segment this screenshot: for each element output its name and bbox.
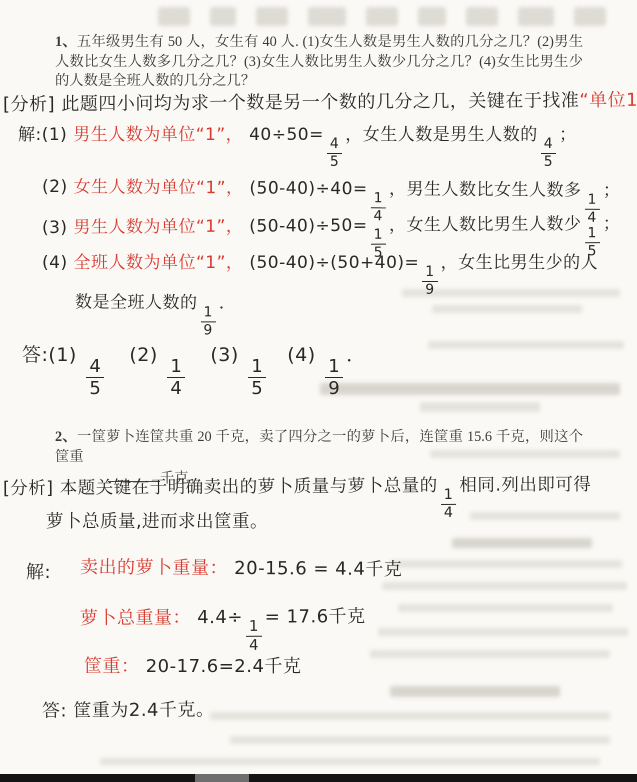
answer-1-line: 答:(1) 45(2) 14(3) 15(4) 19． [22, 340, 366, 398]
bleed-glyph [366, 7, 398, 26]
answer-label: 答: [22, 344, 48, 366]
equation: 4.4÷ [197, 607, 243, 628]
equation: = 17.6千克 [265, 606, 366, 628]
problem-1-number: 1、 [55, 34, 77, 50]
problem-2-number: 2、 [55, 429, 77, 445]
fraction: 14 [167, 358, 185, 398]
analysis-2-text: 萝卜总质量,进而求出筐重。 [46, 512, 268, 532]
item-index: (2) [129, 344, 157, 366]
answer-2-line: 答: 筐重为2.4千克。 [42, 695, 215, 722]
punctuation: ． [346, 344, 366, 366]
fraction: 14 [246, 620, 262, 654]
step-label: 萝卜总重量： [80, 607, 191, 629]
equation: 20-15.6 = 4.4千克 [234, 558, 402, 580]
step-label: 卖出的萝卜重量： [80, 557, 228, 579]
solution-2-line-1: 卖出的萝卜重量： 20-15.6 = 4.4千克 [80, 553, 403, 581]
item-index: (1) [48, 344, 76, 366]
item-index: (2) [42, 177, 68, 197]
equation: (50-40)÷40= [249, 178, 367, 199]
scanner-edge-segment [195, 774, 249, 782]
fraction: 15 [248, 358, 266, 398]
fraction: 19 [422, 266, 437, 298]
bleed-glyph [256, 7, 288, 26]
analysis-1-text: 此题四小问均为求一个数是另一个数的几分之几，关键在于找准 [61, 90, 579, 115]
conclusion: ，女生比男生少的人 [441, 253, 599, 273]
solution-2-line-2: 萝卜总重量： 4.4÷14= 17.6千克 [80, 602, 366, 655]
bleed-through-text [432, 305, 582, 313]
solution-2-label: 解: [26, 558, 51, 584]
conclusion: ，女生人数比男生人数少 [389, 214, 582, 235]
fraction: 45 [541, 138, 556, 170]
equation: (50-40)÷50= [249, 216, 367, 237]
analysis-2-text: 本题关键在于明确卖出的萝卜质量与萝卜总量的 [60, 476, 438, 499]
bleed-through-text [230, 736, 610, 744]
punctuation: ； [603, 181, 621, 201]
bleed-through-text [428, 341, 624, 349]
fraction: 19 [325, 358, 343, 398]
bleed-glyph [158, 7, 190, 26]
item-index: (4) [287, 344, 315, 366]
answer-2-text: 筐重为2.4千克。 [73, 699, 214, 721]
step-label: 筐重： [84, 656, 140, 677]
bleed-through-text [420, 402, 540, 412]
analysis-2-line-2: 萝卜总质量,进而求出筐重。 [46, 508, 268, 533]
punctuation: ； [603, 214, 621, 234]
conclusion: ，女生人数是男生人数的 [345, 125, 538, 145]
bleed-through-title [158, 3, 637, 29]
conclusion: ，男生人数比女生人数多 [389, 179, 582, 200]
solution-2-line-3: 筐重： 20-17.6=2.4千克 [84, 652, 301, 678]
fraction: 19 [200, 306, 216, 338]
bleed-through-text [210, 712, 610, 720]
analysis-1-line: [分析] 此题四小问均为求一个数是另一个数的几分之几，关键在于找准“单位1” [3, 86, 637, 117]
punctuation: ． [219, 293, 237, 313]
unit-statement: 男生人数为单位“1”， [73, 217, 243, 238]
item-index: (1) [42, 125, 68, 145]
fraction: 45 [327, 138, 342, 170]
problem-1-text: 1、五年级男生有 50 人，女生有 40 人. (1)女生人数是男生人数的几分之… [55, 33, 583, 92]
solution-1-line-4-cont: 数是全班人数的19． [75, 287, 237, 338]
fraction: 14 [441, 488, 457, 521]
bleed-through-text [390, 560, 622, 568]
bleed-glyph [518, 7, 554, 26]
problem-2-body: 一筐萝卜连筐共重 20 千克，卖了四分之一的萝卜后，连筐重 15.6 千克，则这… [55, 429, 583, 465]
unit-statement: 女生人数为单位“1”， [74, 177, 244, 198]
bleed-through-text [378, 628, 628, 636]
solution-label: 解: [18, 125, 42, 145]
item-index: (4) [42, 253, 68, 273]
equation: 40÷50= [249, 125, 324, 145]
bleed-glyph [308, 7, 346, 26]
solution-label: 解: [26, 562, 51, 583]
analysis-label: [分析] [3, 94, 55, 115]
equation: 20-17.6=2.4千克 [146, 656, 302, 677]
bleed-glyph [418, 7, 446, 26]
item-index: (3) [210, 344, 238, 366]
bleed-glyph [574, 7, 606, 26]
bleed-glyph [210, 7, 236, 26]
punctuation: ； [559, 125, 577, 145]
bleed-through-text [390, 686, 560, 697]
solution-1-line-1: 解:(1) 男生人数为单位“1”， 40÷50=45，女生人数是男生人数的45； [18, 120, 577, 170]
equation: (50-40)÷(50+40)= [249, 253, 419, 273]
bleed-through-text [100, 758, 600, 765]
scanned-worksheet-page: 1、五年级男生有 50 人，女生有 40 人. (1)女生人数是男生人数的几分之… [0, 0, 637, 782]
item-index: (3) [42, 218, 68, 238]
unit-statement: 全班人数为单位“1”， [74, 253, 244, 273]
answer-label: 答: [42, 700, 67, 721]
bleed-through-text [370, 650, 610, 658]
bleed-through-text [398, 604, 613, 612]
scanner-edge-bar [0, 774, 637, 782]
analysis-2-text: 相同.列出即可得 [459, 475, 591, 496]
bleed-through-text [382, 582, 627, 590]
conclusion: 数是全班人数的 [75, 292, 198, 313]
bleed-glyph [466, 7, 498, 26]
problem-1-body: 五年级男生有 50 人，女生有 40 人. (1)女生人数是男生人数的几分之几？… [55, 34, 583, 89]
analysis-label: [分析] [3, 479, 54, 499]
analysis-1-highlight: “单位1” [579, 90, 637, 111]
unit-statement: 男生人数为单位“1”， [73, 125, 243, 145]
fraction: 45 [86, 358, 104, 398]
bleed-through-text [452, 538, 592, 548]
